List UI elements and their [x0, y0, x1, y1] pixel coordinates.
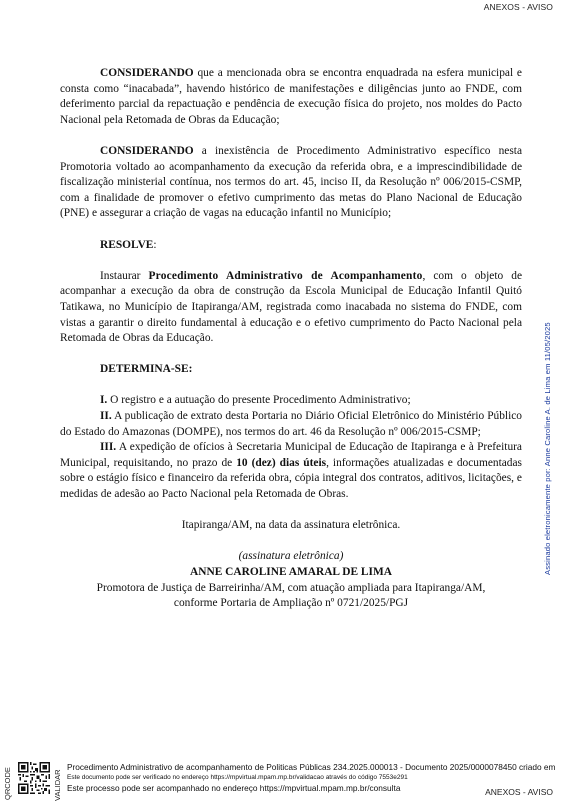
footer-tracking-line[interactable]: Este processo pode ser acompanhado no en…	[67, 783, 555, 794]
qrcode-label: QRCODE	[3, 767, 12, 800]
signature-block: (assinatura eletrônica) ANNE CAROLINE AM…	[60, 549, 522, 611]
item-text: A publicação de extrato desta Portaria n…	[60, 410, 522, 438]
item-deadline: 10 (dez) dias úteis	[236, 457, 326, 469]
item-numeral: II.	[100, 410, 112, 422]
determination-item-3: III. A expedição de ofícios à Secretaria…	[60, 440, 522, 502]
footer-procedure-line: Procedimento Administrativo de acompanha…	[67, 762, 555, 773]
instaurar-paragraph: Instaurar Procedimento Administrativo de…	[60, 269, 522, 347]
considerando-paragraph-1: CONSIDERANDO que a mencionada obra se en…	[60, 66, 522, 128]
electronic-signature-stamp: Assinado eletronicamente por: Anne Carol…	[543, 322, 552, 575]
qr-code-icon[interactable]	[18, 762, 50, 794]
resolve-suffix: :	[153, 239, 156, 251]
signatory-role-line-2: conforme Portaria de Ampliação nº 0721/2…	[60, 596, 522, 612]
signatory-name: ANNE CAROLINE AMARAL DE LIMA	[60, 565, 522, 581]
instaurar-bold: Procedimento Administrativo de Acompanha…	[149, 270, 423, 282]
item-text: O registro e a autuação do presente Proc…	[107, 394, 410, 406]
footer-verification-line[interactable]: Este documento pode ser verificado no en…	[67, 773, 555, 783]
considerando-paragraph-2: CONSIDERANDO a inexistência de Procedime…	[60, 144, 522, 222]
signature-note: (assinatura eletrônica)	[60, 549, 522, 565]
considerando-keyword: CONSIDERANDO	[100, 67, 194, 79]
item-numeral: III.	[100, 441, 116, 453]
validate-label[interactable]: VALIDAR	[53, 769, 62, 801]
resolve-keyword: RESOLVE	[100, 239, 153, 251]
determination-item-2: II. A publicação de extrato desta Portar…	[60, 409, 522, 440]
page-header-label: ANEXOS - AVISO	[484, 2, 553, 12]
place-date: Itapiranga/AM, na data da assinatura ele…	[60, 518, 522, 534]
footer-lines: Procedimento Administrativo de acompanha…	[67, 762, 555, 794]
considerando-keyword: CONSIDERANDO	[100, 145, 194, 157]
determina-heading: DETERMINA-SE:	[60, 362, 522, 378]
footer-annex-label: ANEXOS - AVISO	[485, 787, 553, 797]
document-footer: QRCODE VALIDAR Procedimento Administrati…	[0, 760, 566, 801]
determina-keyword: DETERMINA-SE:	[100, 363, 192, 375]
determination-item-1: I. O registro e a autuação do presente P…	[60, 393, 522, 409]
document-body: CONSIDERANDO que a mencionada obra se en…	[60, 66, 522, 612]
resolve-heading: RESOLVE:	[60, 238, 522, 254]
instaurar-prefix: Instaurar	[100, 270, 149, 282]
signatory-role-line-1: Promotora de Justiça de Barreirinha/AM, …	[60, 581, 522, 597]
